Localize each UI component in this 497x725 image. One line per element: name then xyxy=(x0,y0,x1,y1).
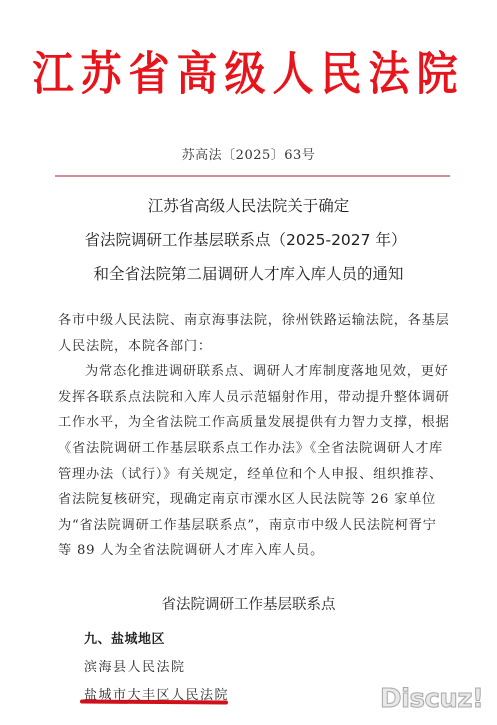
red-underline-highlight xyxy=(80,699,228,704)
notice-title: 江苏省高级人民法院关于确定 省法院调研工作基层联系点（2025-2027 年） … xyxy=(0,191,497,293)
title-line-2: 省法院调研工作基层联系点（2025-2027 年） xyxy=(0,225,497,259)
body-paragraph: 为常态化推进调研联系点、调研人才库制度落地见效，更好发挥各联系点法院和入库人员示… xyxy=(58,359,450,564)
issuer-masthead: 江苏省高级人民法院 xyxy=(0,40,497,107)
red-divider-line xyxy=(55,175,450,177)
court-list-item: 滨海县人民法院 xyxy=(84,656,186,675)
discuz-watermark: Discuz! xyxy=(380,684,483,714)
addressee: 各市中级人民法院、南京海事法院，徐州铁路运输法院，各基层人民法院，本院各部门： xyxy=(58,308,450,359)
title-line-1: 江苏省高级人民法院关于确定 xyxy=(0,191,497,225)
notice-body: 各市中级人民法院、南京海事法院，徐州铁路运输法院，各基层人民法院，本院各部门： … xyxy=(58,308,450,564)
region-heading: 九、盐城地区 xyxy=(84,628,165,647)
title-line-3: 和全省法院第二届调研人才库入库人员的通知 xyxy=(0,259,497,293)
attachment-section-title: 省法院调研工作基层联系点 xyxy=(0,593,497,614)
document-number: 苏高法〔2025〕63号 xyxy=(0,144,497,163)
